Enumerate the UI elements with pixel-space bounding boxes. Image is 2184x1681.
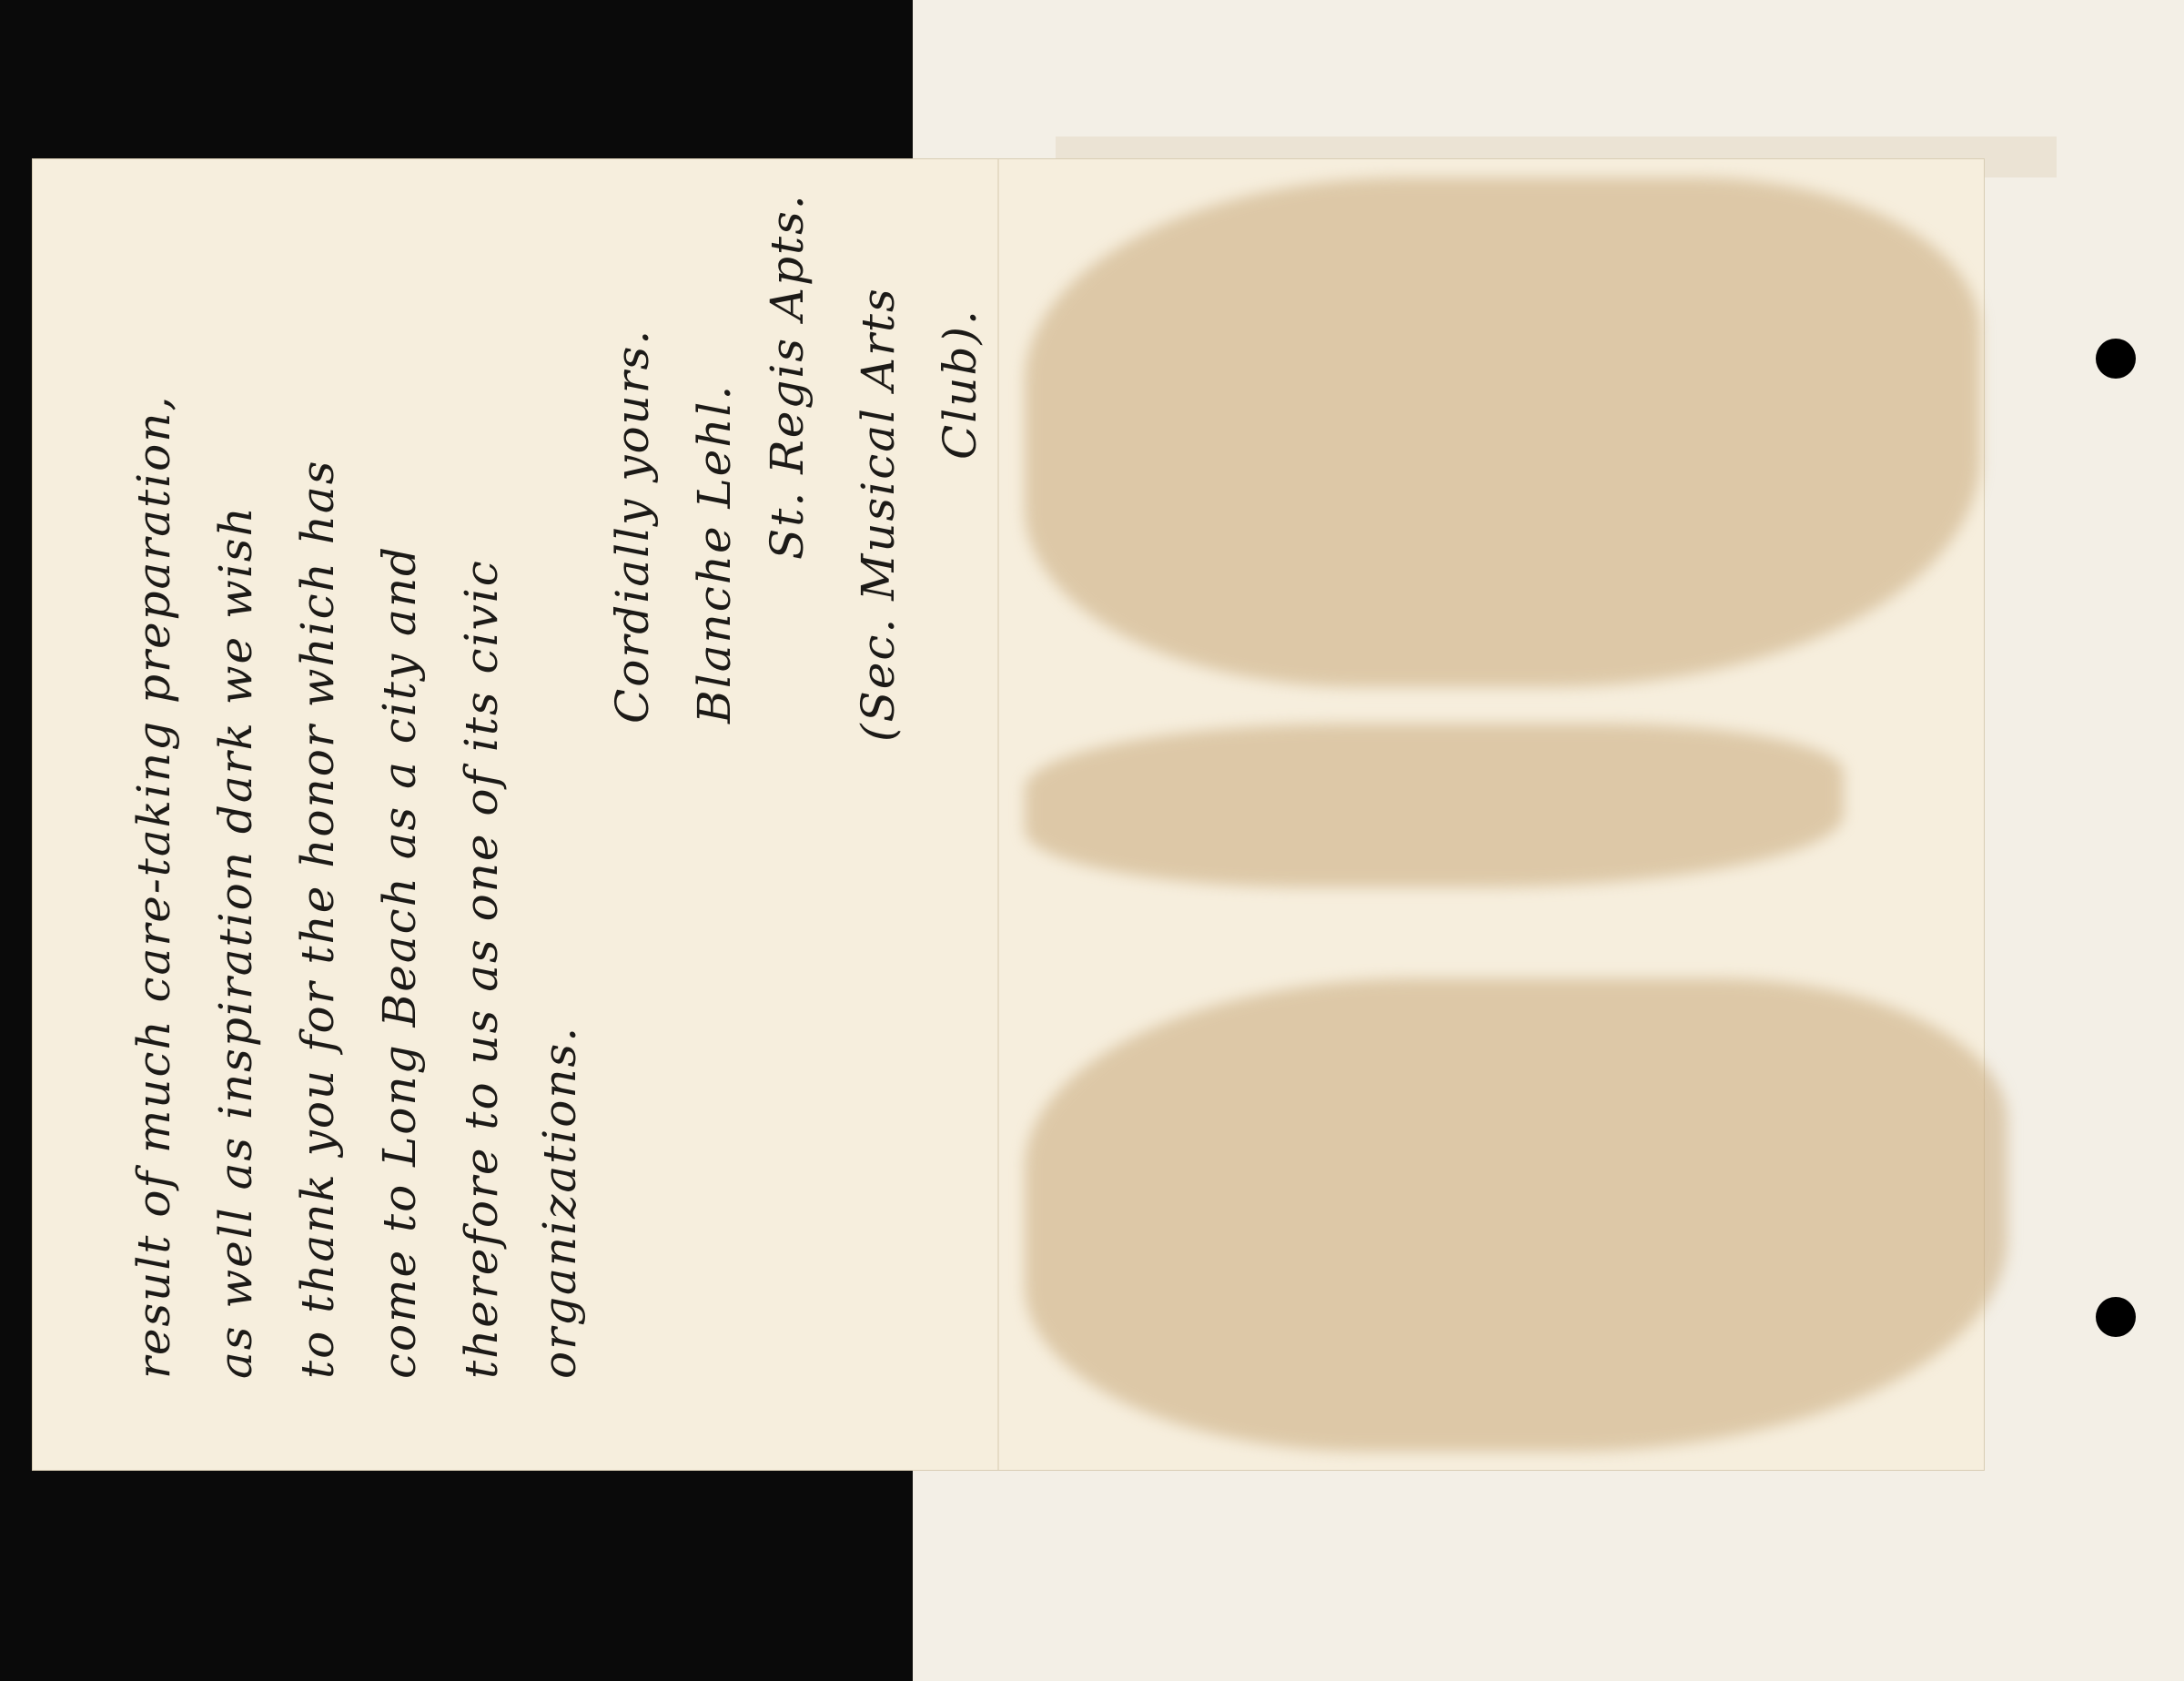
signature-title: (Sec. Musical Arts <box>852 287 905 742</box>
glue-stain <box>1025 177 1980 687</box>
signature-title-cont: Club). <box>934 309 986 460</box>
body-line: come to Long Beach as a city and <box>373 545 426 1379</box>
closing: Cordially yours. <box>606 329 659 724</box>
punch-hole <box>2096 1297 2136 1337</box>
signature-name: Blanche Lehl. <box>688 384 741 724</box>
body-line: therefore to us as one of its civic <box>455 559 508 1379</box>
body-line: as well as inspiration dark we wish <box>209 505 262 1379</box>
body-line: organizations. <box>533 1026 586 1379</box>
letter-page: result of much care-taking preparation, … <box>33 159 1984 1470</box>
fold-line <box>997 159 999 1470</box>
signature-address: St. Regis Apts. <box>761 193 814 560</box>
glue-stain <box>1025 978 2007 1452</box>
body-line: result of much care-taking preparation, <box>127 395 180 1379</box>
punch-hole <box>2096 339 2136 379</box>
body-line: to thank you for the honor which has <box>291 460 344 1379</box>
glue-stain <box>1025 724 1844 887</box>
